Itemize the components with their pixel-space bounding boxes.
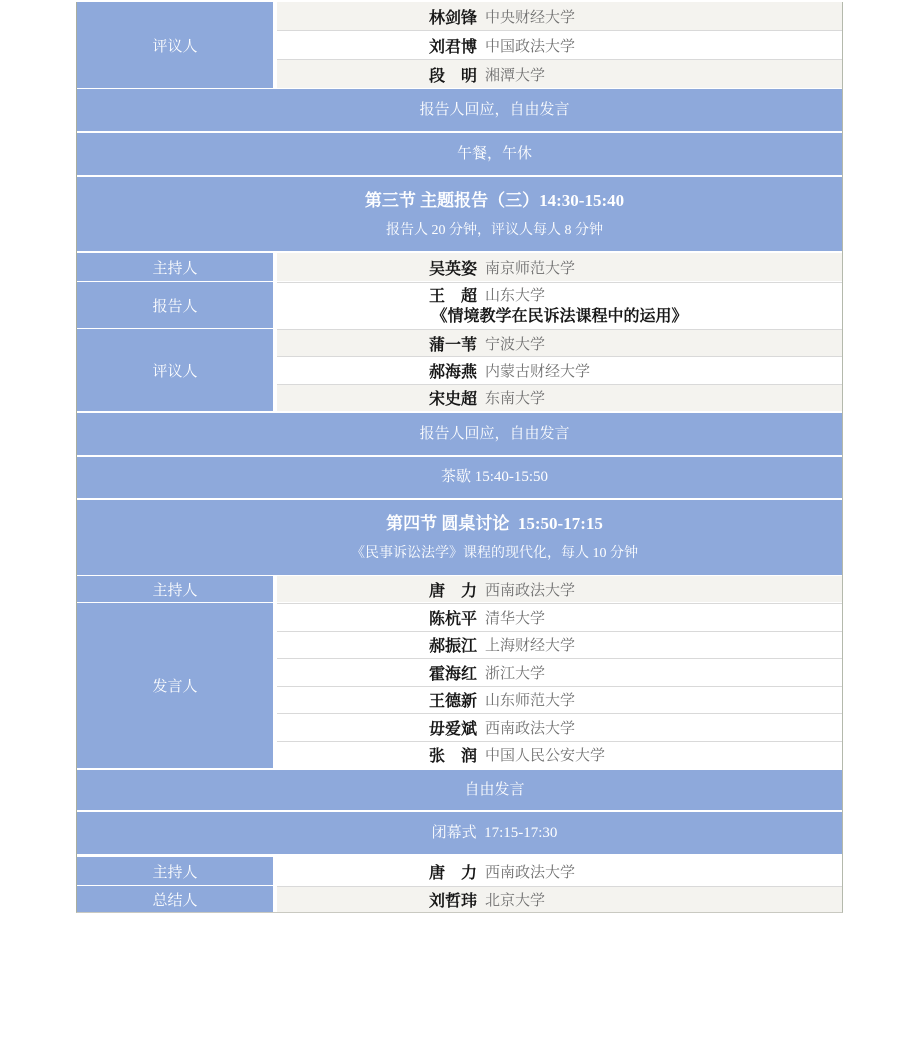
participant-name: 林剑锋 — [429, 5, 477, 28]
participant-row: 吴英姿 南京师范大学 — [277, 253, 842, 281]
role-label-column: 报告人 — [77, 282, 273, 328]
band-lunch-banner: 午餐，午休 — [77, 133, 842, 175]
role-label-cell: 主持人 — [77, 576, 273, 602]
participant-name: 陈杭平 — [429, 606, 477, 629]
participant-name: 宋史超 — [429, 386, 477, 409]
participant-name: 刘哲玮 — [429, 888, 477, 911]
participant-university: 西南政法大学 — [485, 717, 575, 738]
participant-row: 刘哲玮 北京大学 — [277, 886, 842, 912]
participant-university: 浙江大学 — [485, 662, 545, 683]
band-reviewers-top: 评议人 林剑锋 中央财经大学 刘君博 中国政法大学 段 明 湘潭大学 — [77, 2, 842, 88]
band-presenter-session3: 报告人 王 超 山东大学 《情境教学在民诉法课程中的运用》 — [77, 282, 842, 328]
participant-university: 中国人民公安大学 — [485, 744, 605, 765]
participant-university: 中国政法大学 — [485, 35, 575, 56]
band-response-banner: 报告人回应，自由发言 — [77, 89, 842, 131]
band-session4-header: 第四节 圆桌讨论 15:50-17:15 《民事诉讼法学》课程的现代化，每人 1… — [77, 500, 842, 575]
participant-list: 蒲一苇 宁波大学 郝海燕 内蒙古财经大学 宋史超 东南大学 — [277, 329, 842, 411]
participant-list: 陈杭平 清华大学 郝振江 上海财经大学 霍海红 浙江大学 王德新 山东师范大学 … — [277, 603, 842, 768]
band-summarizer: 总结人 刘哲玮 北京大学 — [77, 886, 842, 912]
session-banner: 茶歇 15:40-15:50 — [77, 457, 842, 498]
participant-row: 王 超 山东大学 — [277, 283, 842, 306]
session-header: 第三节 主题报告（三）14:30-15:40 报告人 20 分钟，评议人每人 8… — [77, 177, 842, 251]
participant-name: 郝海燕 — [429, 359, 477, 382]
participant-list: 刘哲玮 北京大学 — [277, 886, 842, 912]
session-title: 第三节 主题报告（三）14:30-15:40 — [147, 189, 842, 213]
participant-name: 唐 力 — [429, 860, 477, 883]
participant-university: 南京师范大学 — [485, 257, 575, 278]
participant-list: 吴英姿 南京师范大学 — [277, 253, 842, 281]
band-freetalk-banner: 自由发言 — [77, 770, 842, 810]
session-banner: 午餐，午休 — [77, 133, 842, 175]
participant-row: 蒲一苇 宁波大学 — [277, 329, 842, 356]
participant-row: 唐 力 西南政法大学 — [277, 857, 842, 885]
band-chair-session4: 主持人 唐 力 西南政法大学 — [77, 576, 842, 602]
role-label-cell: 主持人 — [77, 857, 273, 885]
participant-list: 唐 力 西南政法大学 — [277, 576, 842, 602]
participant-university: 清华大学 — [485, 607, 545, 628]
session-banner: 闭幕式 17:15-17:30 — [77, 812, 842, 854]
session-banner: 报告人回应，自由发言 — [77, 413, 842, 455]
participant-university: 西南政法大学 — [485, 579, 575, 600]
session-banner: 自由发言 — [77, 770, 842, 810]
participant-university: 上海财经大学 — [485, 634, 575, 655]
participant-university: 中央财经大学 — [485, 6, 575, 27]
role-label-cell: 报告人 — [77, 282, 273, 328]
participant-university: 山东师范大学 — [485, 689, 575, 710]
role-label-cell: 发言人 — [77, 603, 273, 768]
participant-row: 段 明 湘潭大学 — [277, 59, 842, 88]
participant-name: 郝振江 — [429, 633, 477, 656]
page: { "document": { "kind": "conference-prog… — [0, 0, 922, 1064]
role-label-column: 主持人 — [77, 253, 273, 281]
role-label-column: 主持人 — [77, 857, 273, 885]
participant-name: 张 润 — [429, 743, 477, 766]
participant-row: 张 润 中国人民公安大学 — [277, 741, 842, 769]
participant-university: 东南大学 — [485, 387, 545, 408]
band-chair-closing: 主持人 唐 力 西南政法大学 — [77, 857, 842, 885]
band-closing-banner: 闭幕式 17:15-17:30 — [77, 812, 842, 854]
role-label-column: 评议人 — [77, 329, 273, 411]
participant-list: 林剑锋 中央财经大学 刘君博 中国政法大学 段 明 湘潭大学 — [277, 2, 842, 88]
participant-row: 刘君博 中国政法大学 — [277, 30, 842, 59]
participant-name: 吴英姿 — [429, 256, 477, 279]
band-response-banner: 报告人回应，自由发言 — [77, 413, 842, 455]
participant-university: 山东大学 — [485, 284, 545, 305]
band-teabreak-banner: 茶歇 15:40-15:50 — [77, 457, 842, 498]
session-title: 第四节 圆桌讨论 15:50-17:15 — [147, 512, 842, 536]
participant-name: 毋爱斌 — [429, 716, 477, 739]
role-label-cell: 评议人 — [77, 2, 273, 88]
participant-row: 陈杭平 清华大学 — [277, 603, 842, 631]
band-reviewers-session3: 评议人 蒲一苇 宁波大学 郝海燕 内蒙古财经大学 宋史超 东南大学 — [77, 329, 842, 411]
role-label-cell: 总结人 — [77, 886, 273, 912]
band-speakers: 发言人 陈杭平 清华大学 郝振江 上海财经大学 霍海红 浙江大学 王德新 山东师… — [77, 603, 842, 768]
band-session3-header: 第三节 主题报告（三）14:30-15:40 报告人 20 分钟，评议人每人 8… — [77, 177, 842, 251]
schedule-table: 评议人 林剑锋 中央财经大学 刘君博 中国政法大学 段 明 湘潭大学 报告人回应… — [76, 2, 843, 913]
participant-university: 西南政法大学 — [485, 861, 575, 882]
paper-title: 《情境教学在民诉法课程中的运用》 — [277, 306, 842, 329]
participant-university: 内蒙古财经大学 — [485, 360, 590, 381]
participant-name: 蒲一苇 — [429, 332, 477, 355]
participant-university: 宁波大学 — [485, 333, 545, 354]
band-chair-session3: 主持人 吴英姿 南京师范大学 — [77, 253, 842, 281]
participant-row: 宋史超 东南大学 — [277, 384, 842, 411]
participant-row: 唐 力 西南政法大学 — [277, 576, 842, 602]
participant-name: 段 明 — [429, 63, 477, 86]
session-header: 第四节 圆桌讨论 15:50-17:15 《民事诉讼法学》课程的现代化，每人 1… — [77, 500, 842, 575]
participant-row: 郝海燕 内蒙古财经大学 — [277, 356, 842, 383]
session-banner: 报告人回应，自由发言 — [77, 89, 842, 131]
participant-row: 毋爱斌 西南政法大学 — [277, 713, 842, 741]
session-subtitle: 报告人 20 分钟，评议人每人 8 分钟 — [147, 221, 842, 241]
session-subtitle: 《民事诉讼法学》课程的现代化，每人 10 分钟 — [147, 544, 842, 564]
participant-name: 王德新 — [429, 688, 477, 711]
participant-row: 王德新 山东师范大学 — [277, 686, 842, 714]
role-label-column: 评议人 — [77, 2, 273, 88]
role-label-column: 发言人 — [77, 603, 273, 768]
participant-row: 林剑锋 中央财经大学 — [277, 2, 842, 30]
participant-name: 王 超 — [429, 283, 477, 306]
participant-row: 霍海红 浙江大学 — [277, 658, 842, 686]
participant-list: 王 超 山东大学 《情境教学在民诉法课程中的运用》 — [277, 282, 842, 328]
role-label-cell: 主持人 — [77, 253, 273, 281]
participant-row: 郝振江 上海财经大学 — [277, 631, 842, 659]
role-label-column: 主持人 — [77, 576, 273, 602]
participant-university: 湘潭大学 — [485, 64, 545, 85]
participant-name: 霍海红 — [429, 661, 477, 684]
participant-list: 唐 力 西南政法大学 — [277, 857, 842, 885]
participant-name: 唐 力 — [429, 578, 477, 601]
participant-name: 刘君博 — [429, 34, 477, 57]
role-label-cell: 评议人 — [77, 329, 273, 411]
participant-university: 北京大学 — [485, 889, 545, 910]
role-label-column: 总结人 — [77, 886, 273, 912]
